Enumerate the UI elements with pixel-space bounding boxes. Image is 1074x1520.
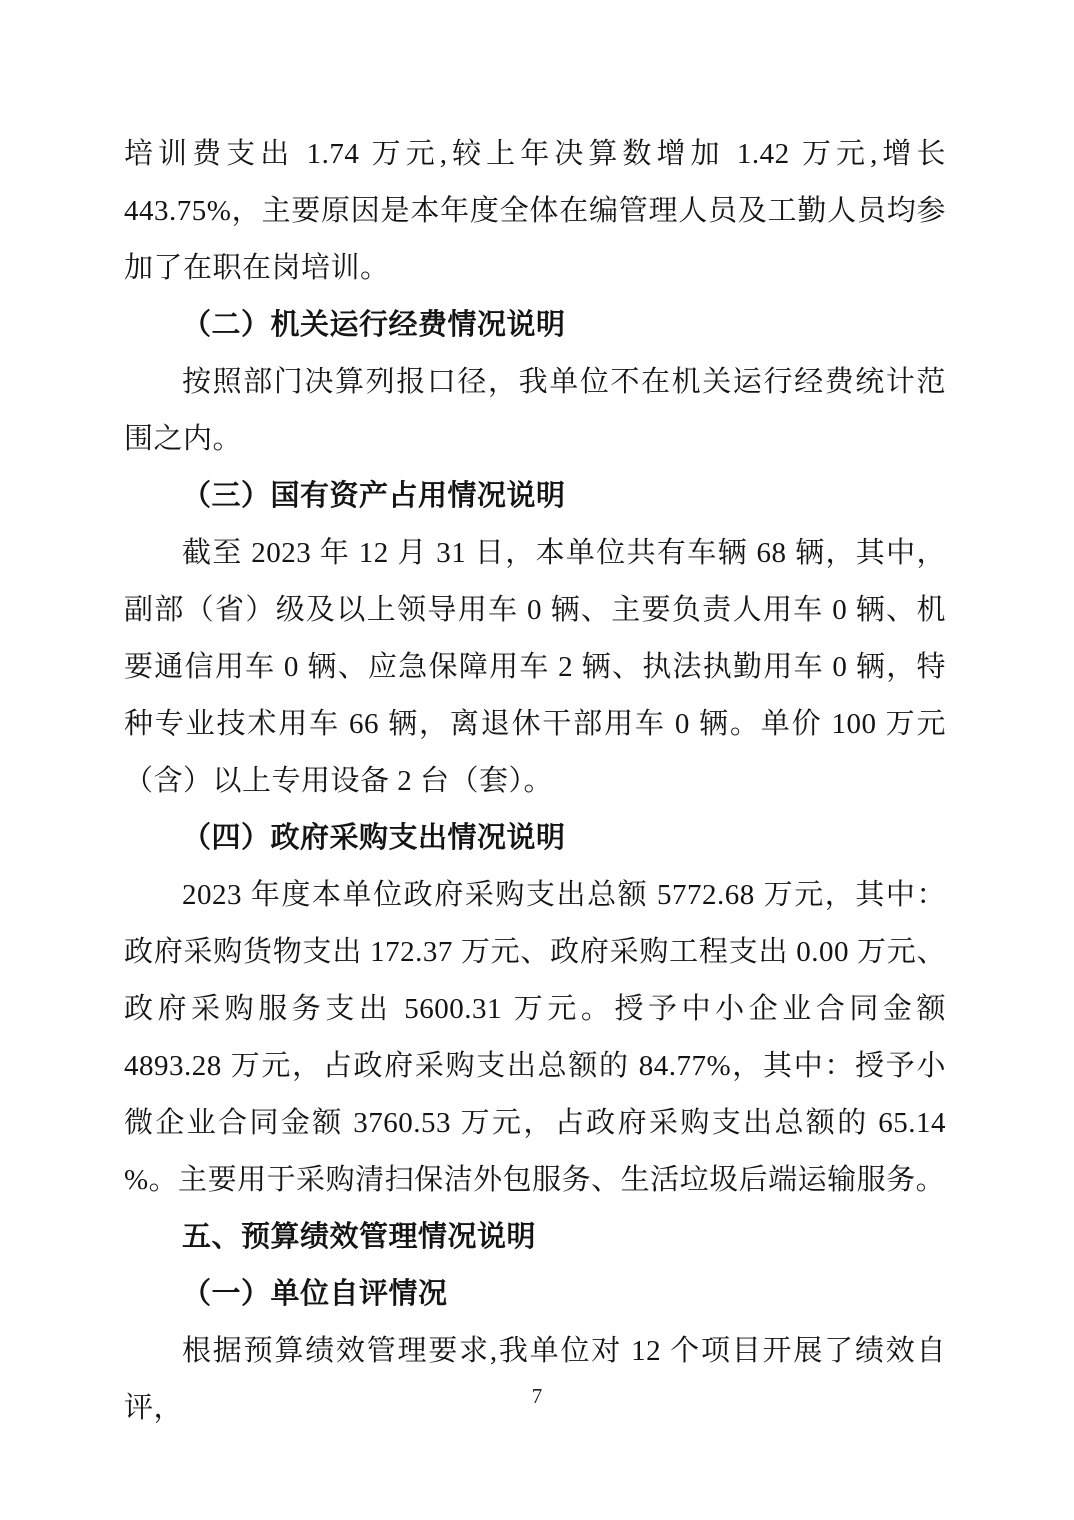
section-heading-budget-performance: 五、预算绩效管理情况说明 bbox=[124, 1209, 946, 1266]
paragraph-self-evaluation: 根据预算绩效管理要求,我单位对 12 个项目开展了绩效自评， bbox=[124, 1323, 946, 1437]
subsection-heading-self-evaluation: （一）单位自评情况 bbox=[124, 1266, 946, 1323]
subsection-heading-operating-expenses: （二）机关运行经费情况说明 bbox=[124, 297, 946, 354]
subsection-heading-government-procurement: （四）政府采购支出情况说明 bbox=[124, 810, 946, 867]
paragraph-government-procurement: 2023 年度本单位政府采购支出总额 5772.68 万元，其中：政府采购货物支… bbox=[124, 867, 946, 1209]
paragraph-state-assets: 截至 2023 年 12 月 31 日，本单位共有车辆 68 辆，其中，副部（省… bbox=[124, 525, 946, 810]
subsection-heading-state-assets: （三）国有资产占用情况说明 bbox=[124, 468, 946, 525]
paragraph-training-expense: 培训费支出 1.74 万元,较上年决算数增加 1.42 万元,增长 443.75… bbox=[124, 126, 946, 297]
paragraph-operating-expenses: 按照部门决算列报口径，我单位不在机关运行经费统计范围之内。 bbox=[124, 354, 946, 468]
page-number: 7 bbox=[0, 1384, 1074, 1409]
document-content: 培训费支出 1.74 万元,较上年决算数增加 1.42 万元,增长 443.75… bbox=[124, 126, 946, 1437]
document-page: 培训费支出 1.74 万元,较上年决算数增加 1.42 万元,增长 443.75… bbox=[0, 0, 1074, 1520]
